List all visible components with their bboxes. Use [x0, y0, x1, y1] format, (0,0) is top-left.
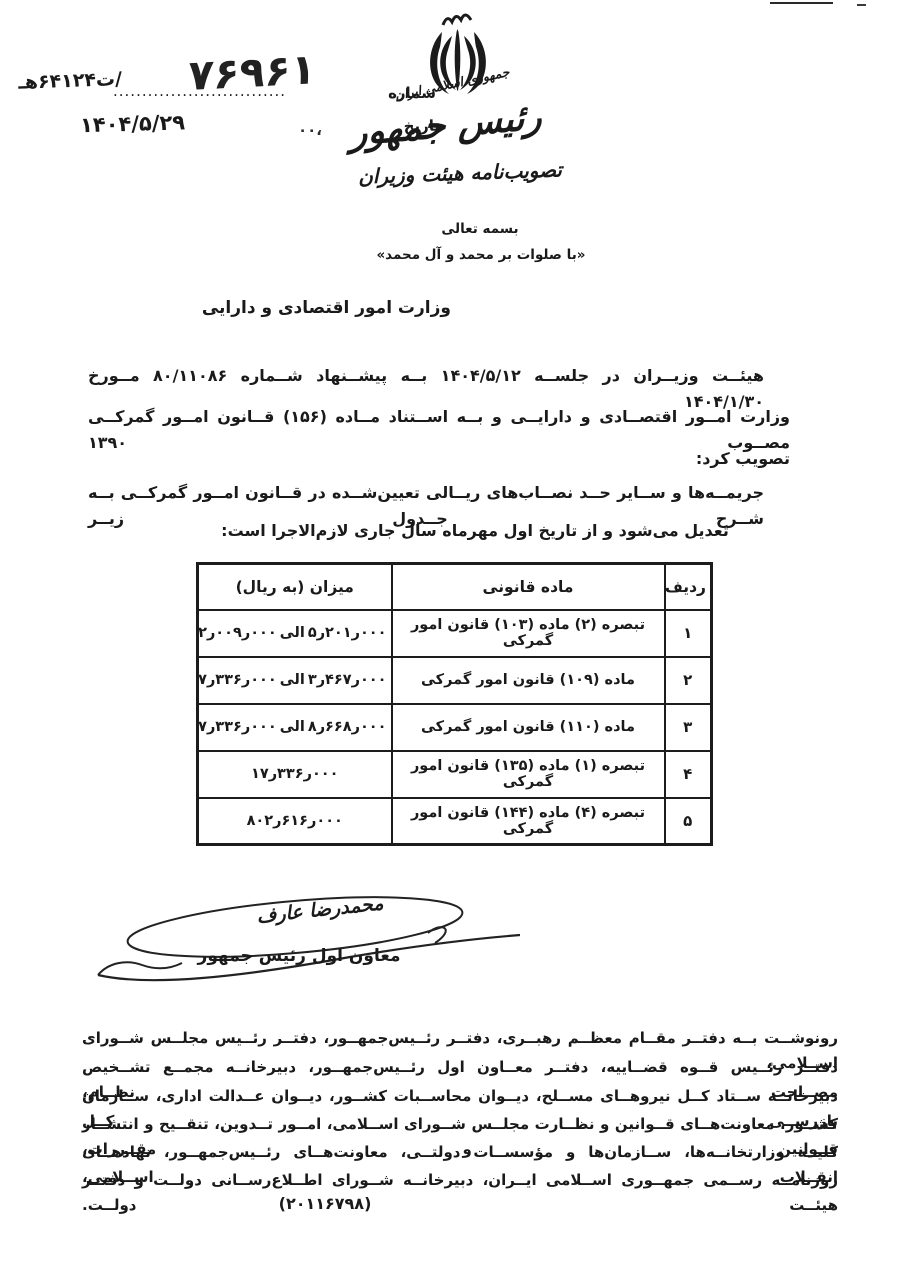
amount-value: ۳ر۴۶۷ر۰۰۰	[308, 672, 387, 688]
table-row: ۱تبصره (۲) ماده (۱۰۳) قانون امور گمرکی۵ر…	[198, 610, 712, 657]
handwritten-number-suffix: /ت۶۴۱۲۴هـ	[12, 68, 123, 94]
legal-article-cell: تبصره (۲) ماده (۱۰۳) قانون امور گمرکی	[392, 610, 665, 657]
salawat-line: «با صلوات بر محمد و آل محمد»	[352, 247, 610, 263]
amount-value: ۵۲ر۰۰۹ر۰۰۰	[198, 625, 277, 641]
scan-artifact-dash	[857, 4, 866, 6]
besmeleh-line: بسمه تعالی	[380, 221, 580, 237]
scanned-decree-page: { "stamp": { "handwritten_number": "۷۶۹۶…	[0, 0, 905, 1280]
column-header-row-number: ردیف	[665, 564, 712, 610]
number-dotted-leader: ..............................	[113, 82, 387, 100]
decree-paragraph2-line2: تعدیل می‌شود و از تاریخ اول مهرماه سال ج…	[160, 518, 790, 544]
table-body: ۱تبصره (۲) ماده (۱۰۳) قانون امور گمرکی۵ر…	[198, 610, 712, 845]
cc-line-6: روزنامــه رســمی جمهــوری اســلامی ایــر…	[82, 1168, 838, 1218]
column-header-amount-rial: میزان (به ریال)	[198, 564, 392, 610]
legal-article-cell: تبصره (۱) ماده (۱۳۵) قانون امور گمرکی	[392, 751, 665, 798]
range-word: الی	[277, 719, 308, 735]
amount-value: ۱۷ر۳۳۶ر۰۰۰	[251, 766, 339, 782]
row-number-cell: ۵	[665, 798, 712, 845]
amount-cell: ۸ر۶۶۸ر۰۰۰الی۱۷ر۳۳۶ر۰۰۰	[198, 704, 392, 751]
legal-article-cell: ماده (۱۰۹) قانون امور گمرکی	[392, 657, 665, 704]
handwritten-date: ۱۴۰۴/۵/۲۹	[80, 109, 251, 137]
addressee-ministry-title: وزارت امور اقتصادی و دارایی	[233, 298, 451, 318]
row-number-cell: ۳	[665, 704, 712, 751]
legal-article-cell: تبصره (۴) ماده (۱۴۴) قانون امور گمرکی	[392, 798, 665, 845]
table-row: ۵تبصره (۴) ماده (۱۴۴) قانون امور گمرکی۸۰…	[198, 798, 712, 845]
penalty-adjustment-table: ردیف ماده قانونی میزان (به ریال) ۱تبصره …	[196, 562, 713, 846]
date-scribble-marks: ،۰۰	[252, 121, 322, 139]
amount-cell: ۳ر۴۶۷ر۰۰۰الی۱۷ر۳۳۶ر۰۰۰	[198, 657, 392, 704]
president-office-calligraphy: رئیس جمهور	[370, 96, 542, 152]
amount-value: ۱۷ر۳۳۶ر۰۰۰	[198, 719, 277, 735]
legal-article-cell: ماده (۱۱۰) قانون امور گمرکی	[392, 704, 665, 751]
amount-value: ۸ر۶۶۸ر۰۰۰	[308, 719, 387, 735]
range-word: الی	[277, 625, 308, 641]
row-number-cell: ۲	[665, 657, 712, 704]
scan-artifact-line	[770, 2, 833, 4]
range-word: الی	[277, 672, 308, 688]
table-row: ۳ماده (۱۱۰) قانون امور گمرکی۸ر۶۶۸ر۰۰۰الی…	[198, 704, 712, 751]
decree-paragraph1-line3: تصویب کرد:	[88, 446, 790, 472]
amount-cell: ۱۷ر۳۳۶ر۰۰۰	[198, 751, 392, 798]
table-header-row: ردیف ماده قانونی میزان (به ریال)	[198, 564, 712, 610]
amount-cell: ۸۰۲ر۶۱۶ر۰۰۰	[198, 798, 392, 845]
table-row: ۲ماده (۱۰۹) قانون امور گمرکی۳ر۴۶۷ر۰۰۰الی…	[198, 657, 712, 704]
document-type-calligraphy: تصویب‌نامه هیئت وزیران	[342, 157, 579, 189]
row-number-cell: ۱	[665, 610, 712, 657]
row-number-cell: ۴	[665, 751, 712, 798]
amount-value: ۵ر۲۰۱ر۰۰۰	[308, 625, 387, 641]
table-row: ۴تبصره (۱) ماده (۱۳۵) قانون امور گمرکی۱۷…	[198, 751, 712, 798]
column-header-legal-article: ماده قانونی	[392, 564, 665, 610]
amount-value: ۱۷ر۳۳۶ر۰۰۰	[198, 672, 277, 688]
cc-lead-in: رونوشــت بــه	[732, 1029, 838, 1047]
amount-cell: ۵ر۲۰۱ر۰۰۰الی۵۲ر۰۰۹ر۰۰۰	[198, 610, 392, 657]
signer-title: معاون اول رئیس جمهور	[168, 946, 430, 966]
document-reference-number: (۲۰۱۱۶۷۹۸)	[270, 1194, 380, 1213]
amount-value: ۸۰۲ر۶۱۶ر۰۰۰	[247, 813, 343, 829]
